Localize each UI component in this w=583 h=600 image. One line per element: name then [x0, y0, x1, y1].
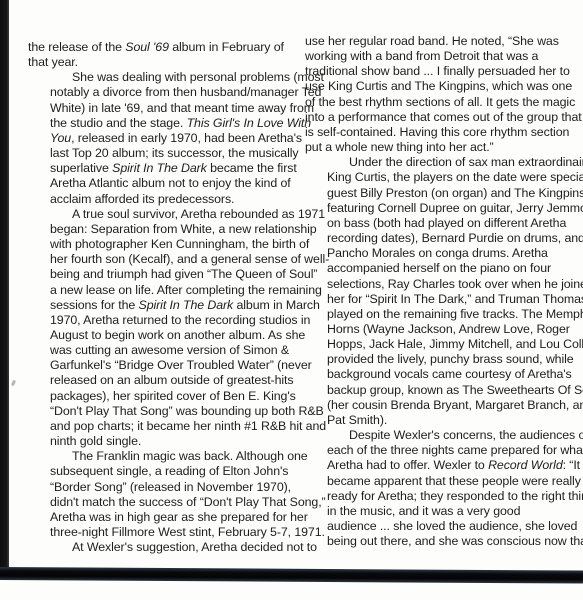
text-line: Pancho Morales on conga drums. Aretha: [305, 246, 583, 261]
text-line: released on an album outside of greatest…: [28, 373, 293, 388]
text-line: She was dealing with personal problems (…: [28, 70, 293, 85]
text-line: White) in late '69, and that meant time …: [28, 101, 293, 116]
italic-title: Spirit In The Dark: [112, 161, 207, 175]
paragraph: At Wexler's suggestion, Aretha decided n…: [28, 540, 293, 555]
text-line: sessions for the Spirit In The Dark albu…: [28, 298, 293, 313]
text-line: of the best rhythm sections of all. It g…: [305, 95, 583, 110]
text-line: Under the direction of sax man extraordi…: [305, 155, 583, 170]
text-line: At Wexler's suggestion, Aretha decided n…: [28, 540, 293, 555]
paragraph: The Franklin magic was back. Although on…: [28, 449, 293, 540]
text-line: “Don't Play That Song” was bounding up b…: [28, 404, 293, 419]
text-line: Aretha Atlantic album not to enjoy the k…: [28, 176, 293, 191]
text-line: put a whole new thing into her act.”: [305, 140, 583, 155]
text-line: into a performance that comes out of the…: [305, 110, 583, 125]
text-line: the release of the Soul '69 album in Feb…: [28, 40, 293, 55]
text-line: the studio and the stage. This Girl's In…: [28, 116, 293, 131]
text-line: Garfunkel's “Bridge Over Troubled Water”…: [28, 358, 293, 373]
text-line: Pat Smith).: [305, 413, 583, 428]
text-line: A true soul survivor, Aretha rebounded a…: [28, 207, 293, 222]
text-line: recording dates), Bernard Purdie on drum…: [305, 231, 583, 246]
paragraph: Despite Wexler's concerns, the audiences…: [305, 428, 583, 549]
italic-title: You: [50, 131, 71, 145]
text-line: began: Separation from White, a new rela…: [28, 222, 293, 237]
text-line: Despite Wexler's concerns, the audiences…: [305, 428, 583, 443]
text-line: Aretha had to offer. Wexler to Record Wo…: [305, 458, 583, 473]
text-line: with photographer Ken Cunningham, the bi…: [28, 237, 293, 252]
text-line: “Border Song” (released in November 1970…: [28, 480, 293, 495]
text-line: was cutting an awesome version of Simon …: [28, 343, 293, 358]
text-line: notably a divorce from then husband/mana…: [28, 85, 293, 100]
text-line: didn't match the success of “Don't Play …: [28, 495, 293, 510]
text-line: Aretha was in high gear as she prepared …: [28, 510, 293, 525]
left-page-edge-rule: [0, 0, 9, 575]
text-line: on bass (both had played on different Ar…: [305, 216, 583, 231]
text-line: traditional show band ... I finally pers…: [305, 64, 583, 79]
paragraph: the release of the Soul '69 album in Feb…: [28, 40, 293, 70]
text-line: backup group, known as The Sweethearts O…: [305, 383, 583, 398]
text-line: audience ... she loved the audience, she…: [305, 519, 583, 534]
text-line: August to begin work on another album. A…: [28, 328, 293, 343]
bottom-page-band: [0, 567, 583, 584]
text-line: King Curtis, the players on the date wer…: [305, 170, 583, 185]
text-line: in the music, and it was a very good: [305, 504, 583, 519]
text-line: The Franklin magic was back. Although on…: [28, 449, 293, 464]
paragraph: A true soul survivor, Aretha rebounded a…: [28, 207, 293, 450]
text-line: three-night Fillmore West stint, Februar…: [28, 525, 293, 540]
text-line: use King Curtis and The Kingpins, which …: [305, 79, 583, 94]
text-line: is self-contained. Having this core rhyt…: [305, 125, 583, 140]
text-line: superlative Spirit In The Dark became th…: [28, 161, 293, 176]
paragraph: use her regular road band. He noted, “Sh…: [305, 34, 583, 155]
paragraph: She was dealing with personal problems (…: [28, 70, 293, 206]
scan-speck: [11, 380, 16, 387]
text-line: provided the lively, punchy brass sound,…: [305, 352, 583, 367]
text-line: her for “Spirit In The Dark,” and Truman…: [305, 292, 583, 307]
text-line: (her cousin Brenda Bryant, Margaret Bran…: [305, 398, 583, 413]
text-line: acclaim afforded its predecessors.: [28, 192, 293, 207]
text-line: 1970, Aretha returned to the recording s…: [28, 313, 293, 328]
text-line: being out there, and she was conscious n…: [305, 534, 583, 549]
text-line: being and triumph had given “The Queen o…: [28, 267, 293, 282]
text-line: last Top 20 album; its successor, the mu…: [28, 146, 293, 161]
text-line: You, released in early 1970, had been Ar…: [28, 131, 293, 146]
text-line: a new lease on life. After completing th…: [28, 283, 293, 298]
text-line: accompanied herself on the piano on four: [305, 261, 583, 276]
italic-title: Soul '69: [125, 40, 169, 54]
text-line: that year.: [28, 55, 293, 70]
text-line: packages), her spirited cover of Ben E. …: [28, 389, 293, 404]
left-text-column: the release of the Soul '69 album in Feb…: [28, 40, 293, 555]
text-line: Horns (Wayne Jackson, Andrew Love, Roger: [305, 322, 583, 337]
right-text-column: use her regular road band. He noted, “Sh…: [305, 34, 583, 549]
italic-title: Spirit In The Dark: [139, 298, 234, 312]
text-line: background vocals came courtesy of Areth…: [305, 367, 583, 382]
text-line: played on the remaining five tracks. The…: [305, 307, 583, 322]
text-line: guest Billy Preston (on organ) and The K…: [305, 186, 583, 201]
text-line: and pop charts; it became her ninth #1 R…: [28, 419, 293, 434]
text-line: each of the three nights came prepared f…: [305, 443, 583, 458]
text-line: her fourth son (Kecalf), and a general s…: [28, 252, 293, 267]
text-line: selections, Ray Charles took over when h…: [305, 277, 583, 292]
text-line: Hopps, Jack Hale, Jimmy Mitchell, and Lo…: [305, 337, 583, 352]
text-line: working with a band from Detroit that wa…: [305, 49, 583, 64]
italic-title: Record World: [488, 458, 563, 472]
text-line: featuring Cornell Dupree on guitar, Jerr…: [305, 201, 583, 216]
text-line: ready for Aretha; they responded to the …: [305, 489, 583, 504]
italic-title: This Girl's In Love With: [187, 116, 311, 130]
text-line: ninth gold single.: [28, 434, 293, 449]
text-line: use her regular road band. He noted, “Sh…: [305, 34, 583, 49]
text-line: became apparent that these people were r…: [305, 474, 583, 489]
text-line: subsequent single, a reading of Elton Jo…: [28, 464, 293, 479]
paragraph: Under the direction of sax man extraordi…: [305, 155, 583, 428]
